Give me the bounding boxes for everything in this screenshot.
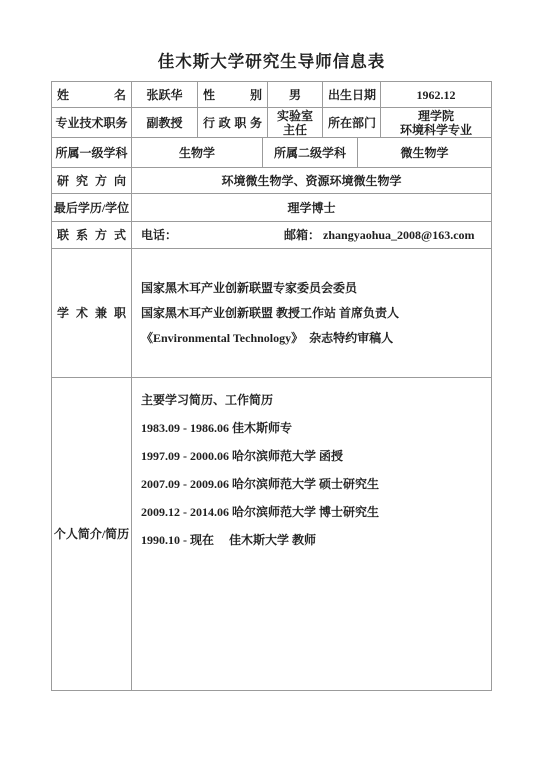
second-level-discipline-label: 所属二级学科 <box>263 138 358 167</box>
profile-label: 个人简介/简历 <box>52 378 132 690</box>
gender-value: 男 <box>268 82 323 107</box>
table-row-profile: 个人简介/简历 主要学习简历、工作简历 1983.09 - 1986.06 佳木… <box>52 378 491 690</box>
table-row-final-degree: 最后学历/学位 理学博士 <box>52 194 491 222</box>
supervisor-info-table: 姓名 张跃华 性别 男 出生日期 1962.12 专业技术职务 副教授 行政职务… <box>51 81 492 691</box>
admin-position-line2: 主任 <box>283 123 307 137</box>
final-degree-value: 理学博士 <box>132 194 491 221</box>
email-value: zhangyaohua_2008@163.com <box>323 228 475 242</box>
academic-position-item: 国家黑木耳产业创新联盟 教授工作站 首席负责人 <box>141 301 485 326</box>
table-row-research-direction: 研究方向 环境微生物学、资源环境微生物学 <box>52 168 491 194</box>
gender-label: 性别 <box>198 82 268 107</box>
department-label: 所在部门 <box>323 108 381 137</box>
first-level-discipline-value: 生物学 <box>132 138 263 167</box>
phone-field: 电话： <box>141 228 284 242</box>
table-row-name-gender-birth: 姓名 张跃华 性别 男 出生日期 1962.12 <box>52 82 491 108</box>
admin-position-label: 行政职务 <box>198 108 268 137</box>
academic-position-item: 《Environmental Technology》 杂志特约审稿人 <box>141 326 485 351</box>
profile-entry: 1983.09 - 1986.06 佳木斯师专 <box>141 414 485 442</box>
profile-entry: 2009.12 - 2014.06 哈尔滨师范大学 博士研究生 <box>141 498 485 526</box>
profile-entry: 2007.09 - 2009.06 哈尔滨师范大学 硕士研究生 <box>141 470 485 498</box>
first-level-discipline-label: 所属一级学科 <box>52 138 132 167</box>
department-line1: 理学院 <box>418 109 454 123</box>
academic-positions-label: 学术兼职 <box>52 249 132 377</box>
email-label: 邮箱： <box>284 228 320 242</box>
table-row-academic-positions: 学术兼职 国家黑木耳产业创新联盟专家委员会委员 国家黑木耳产业创新联盟 教授工作… <box>52 249 491 378</box>
second-level-discipline-value: 微生物学 <box>358 138 491 167</box>
birth-date-label: 出生日期 <box>323 82 381 107</box>
table-row-contact: 联系方式 电话： 邮箱： zhangyaohua_2008@163.com <box>52 222 491 249</box>
page-title: 佳木斯大学研究生导师信息表 <box>0 48 543 72</box>
department-value: 理学院 环境科学专业 <box>381 108 491 137</box>
research-direction-label: 研究方向 <box>52 168 132 193</box>
table-row-title-position-department: 专业技术职务 副教授 行政职务 实验室 主任 所在部门 理学院 环境科学专业 <box>52 108 491 138</box>
profile-entry: 1997.09 - 2000.06 哈尔滨师范大学 函授 <box>141 442 485 470</box>
name-value: 张跃华 <box>132 82 198 107</box>
contact-label: 联系方式 <box>52 222 132 248</box>
professional-title-label: 专业技术职务 <box>52 108 132 137</box>
profile-value: 主要学习简历、工作简历 1983.09 - 1986.06 佳木斯师专 1997… <box>132 378 491 690</box>
profile-entry: 1990.10 - 现在 佳木斯大学 教师 <box>141 526 485 554</box>
professional-title-value: 副教授 <box>132 108 198 137</box>
academic-positions-value: 国家黑木耳产业创新联盟专家委员会委员 国家黑木耳产业创新联盟 教授工作站 首席负… <box>132 249 491 377</box>
research-direction-value: 环境微生物学、资源环境微生物学 <box>132 168 491 193</box>
phone-label: 电话： <box>141 228 177 242</box>
final-degree-label: 最后学历/学位 <box>52 194 132 221</box>
table-row-disciplines: 所属一级学科 生物学 所属二级学科 微生物学 <box>52 138 491 168</box>
document-page: { "title": "佳木斯大学研究生导师信息表", "colors": { … <box>0 0 543 768</box>
admin-position-value: 实验室 主任 <box>268 108 323 137</box>
contact-value: 电话： 邮箱： zhangyaohua_2008@163.com <box>132 222 491 248</box>
academic-position-item: 国家黑木耳产业创新联盟专家委员会委员 <box>141 276 485 301</box>
name-label: 姓名 <box>52 82 132 107</box>
birth-date-value: 1962.12 <box>381 82 491 107</box>
admin-position-line1: 实验室 <box>277 109 313 123</box>
profile-heading: 主要学习简历、工作简历 <box>141 386 485 414</box>
department-line2: 环境科学专业 <box>400 123 472 137</box>
